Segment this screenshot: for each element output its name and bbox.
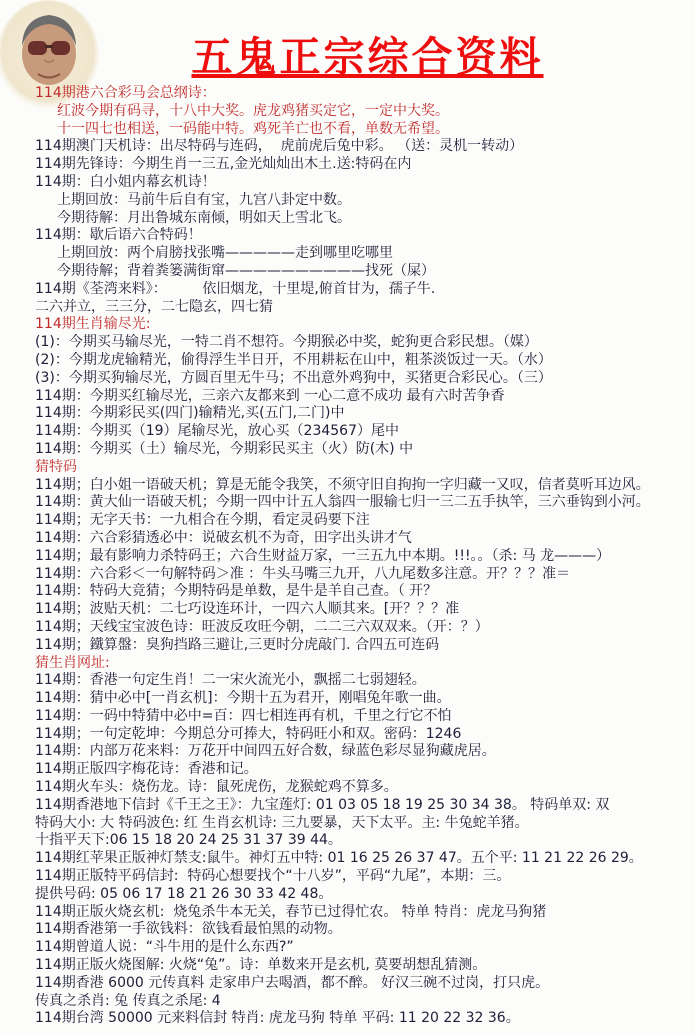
text-line: 十一四七也相送，一码能中特。鸡死羊亡也不看，单数无希望。 — [35, 121, 695, 139]
content-lines: 114期港六合彩马会总纲诗：红波今期有码寻，十八中大奖。虎龙鸡猪买定它，一定中大… — [0, 85, 695, 1035]
text-line: 114期；白小姐一语破天机；算是无能令我笑，不须守旧自拘拘一字归藏一又叹，信者莫… — [35, 477, 695, 495]
text-line: 114期正版特平码信封: 特码心想要找个“十八岁”，平码“九尾”，本期：三。 — [35, 868, 695, 886]
text-line: 114期；天线宝宝波色诗：旺波反攻旺今朝，二二三六双双来。（开：？） — [35, 619, 695, 637]
text-line: 114期：今期买（19）尾输尽光，放心买（234567）尾中 — [35, 423, 695, 441]
text-line: 二六并立，三三分，二七隐玄，四七猜 — [35, 299, 695, 317]
text-line: (2)：今期龙虎输精光，偷得浮生半日开，不用耕耘在山中，粗茶淡饭过一天。（水） — [35, 352, 695, 370]
text-line: 114期；无字天书：一九相合在今期，看定灵码要下注 — [35, 512, 695, 530]
text-line: 114期：今期买红输尽光，三亲六友都来到 一心二意不成功 最有六时苦争香 — [35, 388, 695, 406]
text-line: 上期回放：马前牛后自有宝，九宫八卦定中数。 — [35, 192, 695, 210]
text-line: 114期：今期彩民买(四门)输精光,买(五门,二门)中 — [35, 405, 695, 423]
text-line: 114期：歇后语六合特码！ — [35, 227, 695, 245]
text-line: 今期待解：月出鲁城东南倾，明如天上雪北飞。 — [35, 210, 695, 228]
text-line: 114期港六合彩马会总纲诗： — [35, 85, 695, 103]
text-line: 114期：香港一句定生肖！二一宋火流光小，飘摇二七弱翅轻。 — [35, 672, 695, 690]
text-line: 114期台湾 50000 元来料信封 特肖: 虎龙马狗 特单 平码: 11 20… — [35, 1010, 695, 1028]
text-line: 114期：六合彩猜透必中：说破玄机不为奇，田字出头讲才气 — [35, 530, 695, 548]
text-line: 114期；最有影响力杀特码王；六合生财益万家，一三五九中本期。!!!。。（杀: … — [35, 548, 695, 566]
text-line: 114期香港地下信封《千王之王》：九宝莲灯: 01 03 05 18 19 25… — [35, 797, 695, 815]
text-line: 传真之杀肖: 兔 传真之杀尾: 4 — [35, 993, 695, 1011]
text-line: (1)：今期买马输尽光，一特二肖不想符。今期猴必中奖，蛇狗更合彩民想。（媒） — [35, 334, 695, 352]
text-line: 114期澳门天机诗：出尽特码与连码， 虎前虎后兔中彩。 （送：灵机一转动） — [35, 138, 695, 156]
text-line: 114期：白小姐内幕玄机诗！ — [35, 174, 695, 192]
lottery-info-page: 五鬼正宗综合资料 114期港六合彩马会总纲诗：红波今期有码寻，十八中大奖。虎龙鸡… — [0, 0, 695, 1035]
text-line: 今期待解；背着粪篓满街窜——————————找死（屎） — [35, 263, 695, 281]
text-line: 十指平天下:06 15 18 20 24 25 31 37 39 44。 — [35, 832, 695, 850]
text-line: 红波今期有码寻，十八中大奖。虎龙鸡猪买定它，一定中大奖。 — [35, 103, 695, 121]
text-line: 特码大小: 大 特码波色: 红 生肖玄机诗: 三九要暴，天下太平。主: 牛兔蛇羊… — [35, 815, 695, 833]
text-line: 114期：黄大仙一语破天机；今期一四中计五人翁四一服输七归一三二五手执竿，三六垂… — [35, 494, 695, 512]
text-line: 114期；鐵算盤：臭狗挡路三避让,三更时分虎敲门. 合四五可连码 — [35, 637, 695, 655]
text-line: 114期正版四字梅花诗：香港和记。 — [35, 761, 695, 779]
text-line: 114期；波贴天机：二七巧设连环计，一四六人顺其来。[开？？？准 — [35, 601, 695, 619]
text-line: 114期香港 6000 元传真料 走家串户去喝酒，都不醉。 好汉三碗不过岗，打只… — [35, 975, 695, 993]
text-line: 114期生肖输尽光: — [35, 316, 695, 334]
text-line: 114期先锋诗：今期生肖一三五,金光灿灿出木土.送:特码在内 — [35, 156, 695, 174]
text-line: 114期正版火烧图解: 火烧“兔”。诗：单数来开是玄机, 莫要胡想乱猜测。 — [35, 957, 695, 975]
text-line: 114期：猜中必中[一肖玄机]：今期十五为君开，刚唱兔年歌一曲。 — [35, 690, 695, 708]
text-line: 提供号码: 05 06 17 18 21 26 30 33 42 48。 — [35, 886, 695, 904]
text-line: 上期回放：两个肩膀找张嘴—————走到哪里吃哪里 — [35, 245, 695, 263]
text-line: 114期《荃湾来料》： 依旧烟龙，十里堤,俯首甘为，孺子牛. — [35, 281, 695, 299]
text-line: 114期：内部万花来料：万花开中间四五好合数，绿蓝色彩尽显狗藏虎居。 — [35, 743, 695, 761]
page-title: 五鬼正宗综合资料 — [40, 24, 695, 83]
text-line: 114期：六合彩＜一句解特码＞准 ：牛头马嘴三九开，八九尾数多注意。开？？？准＝ — [35, 566, 695, 584]
text-line: 114期曾道人说：“斗牛用的是什么东西?” — [35, 939, 695, 957]
text-line: 114期；一句定乾坤：今期总分可捧大，特码旺小和双。密码：1246 — [35, 726, 695, 744]
text-line: 114期：特码大竞猜；今期特码是单数，是牛是羊自己查。（ 开？ — [35, 583, 695, 601]
text-line: 猜生肖网址: — [35, 655, 695, 673]
text-line: (3)：今期买狗输尽光，方圆百里无牛马；不出意外鸡狗中，买猪更合彩民心。（三） — [35, 370, 695, 388]
text-line: 114期香港第一手欲钱料：欲钱看最怕黑的动物。 — [35, 921, 695, 939]
text-line: 114期：今期买（土）输尽光，今期彩民买主（火）防(木) 中 — [35, 441, 695, 459]
text-line: 114期火车头：烧伤龙。诗：鼠死虎伤，龙猴蛇鸡不算多。 — [35, 779, 695, 797]
text-line: 114期：一码中特猜中必中=百：四七相连再有机，千里之行它不怕 — [35, 708, 695, 726]
text-line: 猜特码 — [35, 459, 695, 477]
text-line: 114期正版火烧玄机: 烧兔杀牛本无关，春节已过得忙农。 特单 特肖：虎龙马狗猪 — [35, 904, 695, 922]
text-line: 114期红苹果正版神灯禁支:鼠牛。神灯五中特: 01 16 25 26 37 4… — [35, 850, 695, 868]
